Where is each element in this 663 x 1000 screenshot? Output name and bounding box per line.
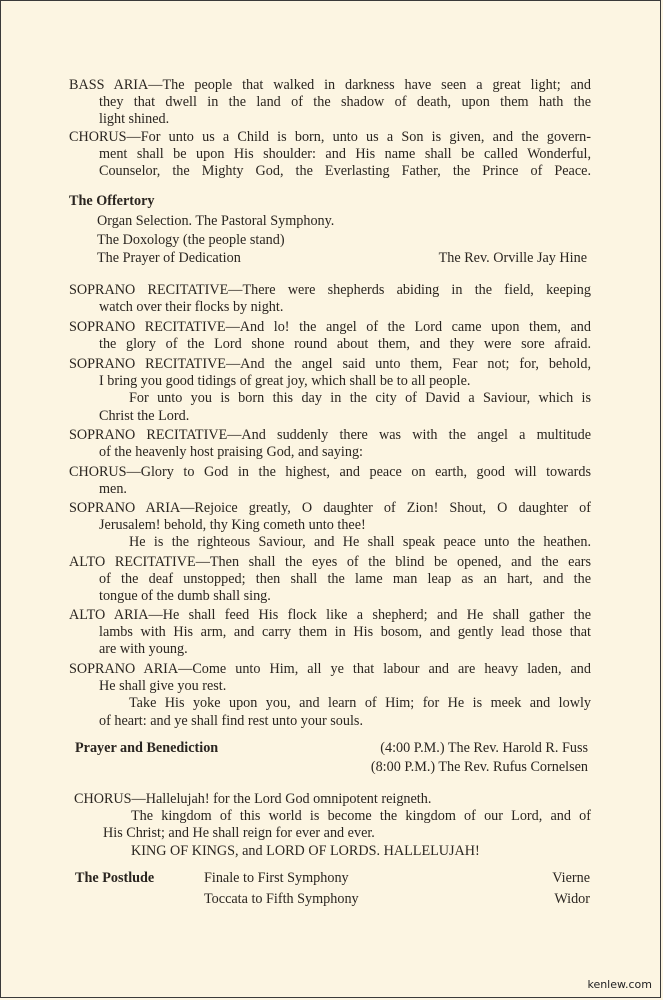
offertory-officiant: The Rev. Orville Jay Hine — [439, 250, 587, 267]
text-line: SOPRANO ARIA—Come unto Him, all ye that … — [69, 661, 591, 678]
text-line: of heart: and ye shall find rest unto yo… — [69, 713, 591, 730]
text-line: watch over their flocks by night. — [69, 299, 591, 316]
text-line: He shall give you rest. — [69, 678, 591, 695]
postlude-piece-title: Toccata to Fifth Symphony — [204, 891, 359, 908]
text-line: SOPRANO RECITATIVE—And suddenly there wa… — [69, 427, 591, 444]
alto-recitative: ALTO RECITATIVE—Then shall the eyes of t… — [69, 554, 591, 606]
text-line: they that dwell in the land of the shado… — [69, 94, 591, 111]
postlude-piece-composer: Widor — [554, 891, 590, 908]
offertory-item: Organ Selection. The Pastoral Symphony. — [97, 213, 334, 230]
offertory-heading: The Offertory — [69, 193, 155, 210]
text-line: His Christ; and He shall reign for ever … — [74, 825, 591, 842]
postlude-piece-composer: Vierne — [552, 870, 590, 887]
text-line: ALTO ARIA—He shall feed His flock like a… — [69, 607, 591, 624]
soprano-recitative-4: SOPRANO RECITATIVE—And suddenly there wa… — [69, 427, 591, 461]
offertory-item: The Prayer of Dedication — [97, 250, 241, 267]
text-line: For unto you is born this day in the cit… — [69, 390, 591, 407]
text-line: He is the righteous Saviour, and He shal… — [69, 534, 591, 551]
benediction-officiant: (8:00 P.M.) The Rev. Rufus Cornelsen — [371, 759, 588, 776]
text-line: the glory of the Lord shone round about … — [69, 336, 591, 353]
text-line: lambs with His arm, and carry them in Hi… — [69, 624, 591, 641]
text-line: SOPRANO RECITATIVE—And the angel said un… — [69, 356, 591, 373]
postlude-piece-title: Finale to First Symphony — [204, 870, 349, 887]
text-line: SOPRANO RECITATIVE—There were shepherds … — [69, 282, 591, 299]
chorus-hallelujah: CHORUS—Hallelujah! for the Lord God omni… — [74, 791, 591, 860]
text-line: CHORUS—For unto us a Child is born, unto… — [69, 129, 591, 146]
benediction-officiant: (4:00 P.M.) The Rev. Harold R. Fuss — [380, 740, 588, 757]
text-line: BASS ARIA—The people that walked in dark… — [69, 77, 591, 94]
postlude-heading: The Postlude — [75, 870, 154, 887]
text-line: Counselor, the Mighty God, the Everlasti… — [69, 163, 591, 180]
text-line: The kingdom of this world is become the … — [74, 808, 591, 825]
text-line: Jerusalem! behold, thy King cometh unto … — [69, 517, 591, 534]
text-line: CHORUS—Glory to God in the highest, and … — [69, 464, 591, 481]
program-page: BASS ARIA—The people that walked in dark… — [0, 0, 661, 998]
text-line: of the heavenly host praising God, and s… — [69, 444, 591, 461]
text-line: SOPRANO RECITATIVE—And lo! the angel of … — [69, 319, 591, 336]
soprano-recitative-1: SOPRANO RECITATIVE—There were shepherds … — [69, 282, 591, 316]
text-line: ALTO RECITATIVE—Then shall the eyes of t… — [69, 554, 591, 571]
text-line: tongue of the dumb shall sing. — [69, 588, 591, 605]
text-line: of the deaf unstopped; then shall the la… — [69, 571, 591, 588]
text-line: Christ the Lord. — [69, 408, 591, 425]
text-line: SOPRANO ARIA—Rejoice greatly, O daughter… — [69, 500, 591, 517]
soprano-recitative-2: SOPRANO RECITATIVE—And lo! the angel of … — [69, 319, 591, 353]
chorus-glory-to-god: CHORUS—Glory to God in the highest, and … — [69, 464, 591, 498]
prayer-benediction-heading: Prayer and Benediction — [75, 740, 218, 757]
offertory-item: The Doxology (the people stand) — [97, 232, 285, 249]
text-line: ment shall be upon His shoulder: and His… — [69, 146, 591, 163]
text-line: CHORUS—Hallelujah! for the Lord God omni… — [74, 791, 591, 808]
text-line: men. — [69, 481, 591, 498]
text-line: light shined. — [69, 111, 591, 128]
chorus-for-unto-us: CHORUS—For unto us a Child is born, unto… — [69, 129, 591, 181]
watermark: kenlew.com — [587, 978, 652, 991]
alto-aria: ALTO ARIA—He shall feed His flock like a… — [69, 607, 591, 659]
soprano-recitative-3: SOPRANO RECITATIVE—And the angel said un… — [69, 356, 591, 425]
bass-aria: BASS ARIA—The people that walked in dark… — [69, 77, 591, 129]
text-line: I bring you good tidings of great joy, w… — [69, 373, 591, 390]
text-line: KING OF KINGS, and LORD OF LORDS. HALLEL… — [74, 843, 591, 860]
soprano-aria-come-unto-him: SOPRANO ARIA—Come unto Him, all ye that … — [69, 661, 591, 730]
text-line: Take His yoke upon you, and learn of Him… — [69, 695, 591, 712]
soprano-aria-rejoice: SOPRANO ARIA—Rejoice greatly, O daughter… — [69, 500, 591, 552]
text-line: are with young. — [69, 641, 591, 658]
